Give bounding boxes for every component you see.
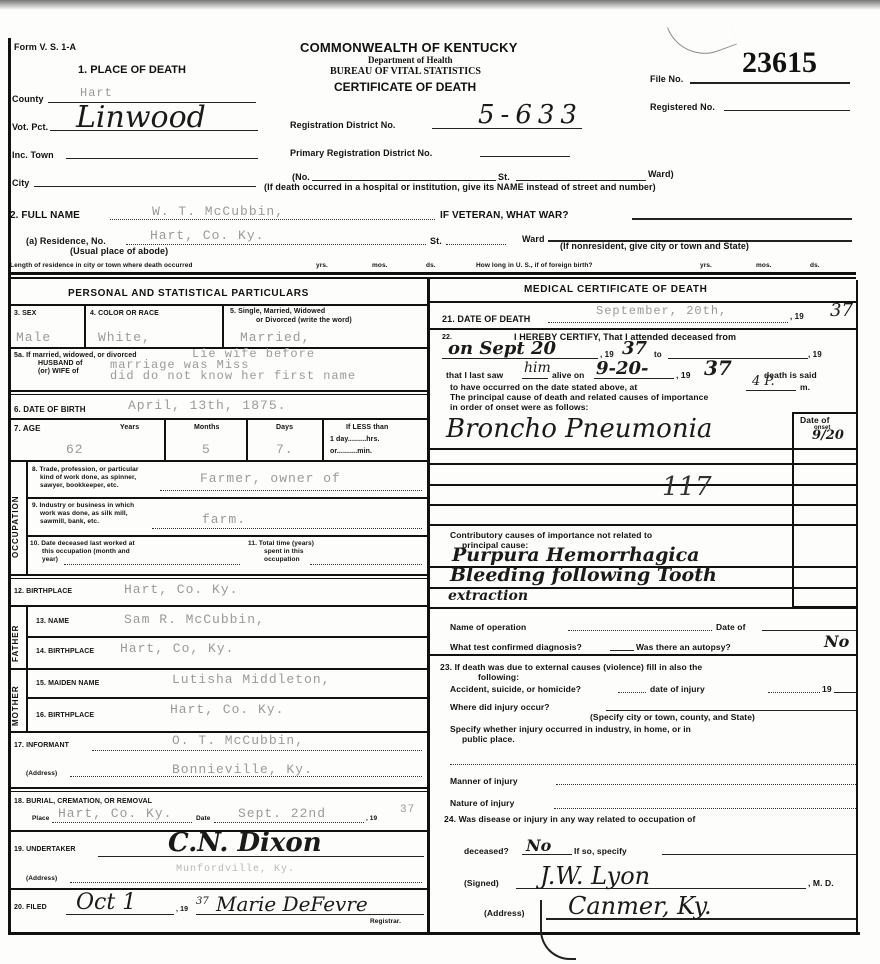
dob-value: April, 13th, 1875.	[128, 398, 286, 413]
undertaker-address-value: Munfordville, Ky.	[176, 864, 295, 875]
city-line	[34, 186, 256, 187]
nonresident-note: (If nonresident, give city or town and S…	[560, 241, 749, 251]
residence-ward-label: Ward	[522, 234, 545, 244]
alive-year-value: 37	[704, 356, 732, 380]
where-injury-label: Where did injury occur?	[450, 702, 550, 712]
file-no-line	[690, 82, 850, 84]
vot-pct-label: Vot. Pct.	[12, 122, 48, 132]
cell-divider	[322, 420, 324, 460]
length-ds: ds.	[426, 262, 436, 269]
filed-date-value: Oct 1	[76, 890, 136, 915]
full-name-label: 2. FULL NAME	[10, 210, 80, 221]
autopsy-value: No	[824, 632, 849, 651]
usual-abode-note: (Usual place of abode)	[70, 246, 168, 256]
last-worked-label-2: this occupation (month and	[42, 548, 130, 555]
father-side-label: FATHER	[11, 612, 20, 662]
trade-label-1: 8. Trade, profession, or particular	[32, 466, 138, 473]
registration-district-value: 5-633	[478, 100, 583, 130]
us-yrs: yrs.	[700, 262, 712, 269]
residence-line	[126, 244, 426, 245]
marital-value: Married,	[240, 330, 310, 345]
external-label-2: following:	[478, 672, 519, 682]
alive-on-label: alive on	[552, 370, 584, 380]
registrar-signature: Marie DeFevre	[216, 892, 368, 916]
attended-to-label: to	[654, 350, 662, 359]
row-rule	[8, 418, 428, 420]
burial-date-line	[214, 822, 364, 823]
specify-whether-2: public place.	[462, 734, 515, 744]
primary-registration-label: Primary Registration District No.	[290, 148, 432, 158]
check-mark-icon	[667, 7, 737, 65]
informant-address-value: Bonnieville, Ky.	[172, 762, 313, 777]
city-label: City	[12, 178, 29, 188]
length-mos: mos.	[372, 262, 388, 269]
marital-label-1: 5. Single, Married, Widowed	[230, 308, 325, 315]
industry-label-2: work was done, as silk mill,	[40, 510, 128, 517]
occurred-text: to have occurred on the date stated abov…	[450, 382, 637, 392]
external-label-1: 23. If death was due to external causes …	[440, 662, 702, 672]
specify-whether-line	[450, 764, 856, 765]
injury-date-line	[768, 692, 820, 693]
date-of-onset-label-1: Date of	[800, 415, 830, 425]
if-so-line	[662, 854, 856, 855]
occupation-related-label: 24. Was disease or injury in any way rel…	[444, 814, 695, 824]
date-of-death-value: September, 20th,	[596, 304, 727, 318]
county-value: Hart	[80, 86, 113, 100]
contributory-2: Bleeding following Tooth	[450, 564, 717, 586]
sex-value: Male	[16, 330, 51, 345]
residence-st-line	[446, 244, 506, 245]
how-long-us-label: How long in U. S., if of foreign birth?	[476, 262, 593, 269]
industry-label-1: 9. Industry or business in which	[32, 502, 134, 509]
veteran-line	[632, 218, 852, 220]
street-no-line	[312, 180, 496, 181]
bureau: BUREAU OF VITAL STATISTICS	[330, 66, 481, 77]
injury-year-line	[834, 692, 856, 693]
undertaker-value: C.N. Dixon	[168, 828, 322, 858]
inc-town-label: Inc. Town	[12, 150, 54, 160]
physician-address-label: (Address)	[484, 908, 525, 918]
registered-no-line	[724, 110, 850, 111]
manner-label: Manner of injury	[450, 776, 518, 786]
contributory-label-1: Contributory causes of importance not re…	[450, 530, 652, 540]
registered-no-label: Registered No.	[650, 102, 715, 112]
full-name-value: W. T. McCubbin,	[152, 204, 284, 219]
total-time-line	[310, 564, 422, 565]
specify-city-note: (Specify city or town, county, and State…	[590, 712, 755, 722]
row-rule	[8, 394, 428, 395]
alive-on-value: 9-20-	[596, 358, 649, 379]
scan-edge-shadow	[0, 0, 880, 10]
full-name-line	[110, 219, 435, 220]
injury-date-label: date of injury	[650, 684, 705, 694]
row-rule	[8, 787, 428, 789]
operation-label: Name of operation	[450, 622, 526, 632]
department: Department of Health	[368, 55, 452, 65]
header-divider-2	[8, 277, 856, 279]
time-line	[746, 390, 796, 391]
place-of-death-title: 1. PLACE OF DEATH	[78, 64, 186, 76]
mother-birthplace-label: 16. BIRTHPLACE	[36, 712, 94, 719]
inc-town-line	[66, 158, 258, 159]
attended-to-line	[668, 358, 808, 359]
deceased-label: deceased?	[464, 846, 509, 856]
contributory-1: Purpura Hemorrhagica	[452, 544, 700, 566]
row-rule	[28, 535, 428, 537]
age-days-label: Days	[276, 424, 293, 431]
occupation-related-value: No	[526, 836, 551, 855]
where-injury-line	[606, 710, 856, 711]
mother-birthplace-value: Hart, Co. Ky.	[170, 702, 284, 717]
birthplace-label: 12. BIRTHPLACE	[14, 588, 72, 595]
bottom-border	[8, 932, 860, 935]
us-mos: mos.	[756, 262, 772, 269]
row-rule	[429, 654, 856, 656]
operation-date-line	[762, 630, 856, 631]
alive-year-prefix: , 19	[676, 370, 691, 380]
row-rule	[8, 390, 428, 392]
nature-label: Nature of injury	[450, 798, 514, 808]
cell-divider	[222, 306, 224, 348]
physician-signature: J.W. Lyon	[540, 862, 650, 890]
age-days-value: 7.	[276, 442, 294, 457]
street-no-label: (No.	[292, 172, 310, 182]
file-no-label: File No.	[650, 74, 683, 84]
attended-year-value: 37	[622, 338, 647, 359]
md-label: , M. D.	[808, 878, 834, 888]
manner-line	[556, 784, 856, 785]
industry-value: farm.	[202, 512, 246, 527]
registration-district-label: Registration District No.	[290, 120, 396, 130]
street-st-label: St.	[498, 172, 510, 182]
last-worked-label-1: 10. Date deceased last worked at	[30, 540, 135, 547]
father-name-value: Sam R. McCubbin,	[124, 612, 265, 627]
row-rule	[8, 791, 428, 792]
burial-label: 18. BURIAL, CREMATION, OR REMOVAL	[14, 798, 152, 805]
cell-divider	[164, 420, 166, 460]
residence-st-label: St.	[430, 236, 442, 246]
mother-side-label: MOTHER	[11, 676, 20, 726]
cause-line-1	[429, 448, 856, 450]
total-time-label-3: occupation	[264, 556, 300, 563]
attended-from-value: on Sept 20	[448, 338, 556, 359]
row-rule	[8, 668, 428, 670]
cause-line-2	[429, 463, 856, 465]
undertaker-label: 19. UNDERTAKER	[14, 846, 76, 853]
residence-label: (a) Residence, No.	[26, 236, 106, 246]
trade-line	[160, 490, 422, 491]
row-rule	[429, 328, 856, 330]
age-months-value: 5	[202, 442, 211, 457]
injury-year-label: 19	[822, 684, 832, 694]
cause-line-4	[429, 504, 856, 506]
cause-line-3	[429, 484, 856, 486]
street-ward-label: Ward)	[648, 169, 674, 179]
date-of-onset-value: 9/20	[812, 428, 844, 443]
burial-year-value: 37	[400, 804, 415, 816]
undertaker-address-line	[70, 882, 422, 883]
death-year-value: 37	[830, 300, 853, 321]
personal-section-title: PERSONAL AND STATISTICAL PARTICULARS	[68, 288, 309, 299]
informant-value: O. T. McCubbin,	[172, 733, 304, 748]
death-year-prefix: , 19	[790, 312, 804, 321]
accident-label: Accident, suicide, or homicide?	[450, 684, 581, 694]
informant-address-label: (Address)	[26, 770, 57, 777]
file-no-value: 23615	[742, 46, 817, 80]
specify-whether-1: Specify whether injury occurred in indus…	[450, 724, 691, 734]
informant-label: 17. INFORMANT	[14, 742, 69, 749]
primary-registration-line	[480, 156, 570, 157]
informant-line	[92, 750, 422, 751]
filed-year-prefix: , 19	[176, 906, 188, 913]
undertaker-address-label: (Address)	[26, 875, 57, 882]
state-title: COMMONWEALTH OF KENTUCKY	[300, 40, 518, 55]
autopsy-label: Was there an autopsy?	[636, 642, 731, 652]
test-line	[610, 650, 634, 651]
sex-label: 3. SEX	[14, 310, 36, 317]
contributory-3: extraction	[448, 588, 528, 604]
attended-to-year: , 19	[808, 350, 822, 359]
total-time-label-2: spent in this	[264, 548, 304, 555]
accident-line	[618, 692, 646, 693]
certificate-title: CERTIFICATE OF DEATH	[334, 80, 476, 94]
principal-cause-value: Broncho Pneumonia	[446, 414, 712, 444]
county-label: County	[12, 94, 44, 104]
last-saw-line	[522, 378, 548, 379]
filed-label: 20. FILED	[14, 904, 47, 911]
father-birthplace-label: 14. BIRTHPLACE	[36, 648, 94, 655]
hospital-note: (If death occurred in a hospital or inst…	[264, 182, 656, 192]
less-than-label: If LESS than	[346, 424, 388, 431]
total-time-label-1: 11. Total time (years)	[248, 540, 314, 547]
date-of-death-label: 21. DATE OF DEATH	[442, 314, 530, 324]
trade-value: Farmer, owner of	[200, 471, 341, 486]
burial-place-value: Hart, Co. Ky.	[58, 806, 172, 821]
if-so-label: If so, specify	[574, 846, 627, 856]
form-id: Form V. S. 1-A	[14, 42, 76, 52]
m-label: m.	[800, 382, 810, 392]
burial-year-prefix: , 19	[366, 815, 377, 822]
age-years-value: 62	[66, 442, 84, 457]
last-saw-label: that I last saw	[446, 370, 503, 380]
age-months-label: Months	[194, 424, 219, 431]
cause-line-5	[429, 524, 856, 526]
marital-label-2: or Divorced (write the word)	[256, 317, 352, 324]
race-label: 4. COLOR OR RACE	[90, 310, 159, 317]
date-of-death-line	[548, 322, 788, 323]
time-value: 4 P.	[752, 374, 775, 389]
father-birthplace-value: Hart, Co, Ky.	[120, 641, 234, 656]
veteran-label: IF VETERAN, WHAT WAR?	[440, 210, 569, 221]
operation-date-label: Date of	[716, 622, 746, 632]
last-worked-line	[64, 564, 240, 565]
street-st-line	[516, 180, 646, 181]
trade-label-2: kind of work done, as spinner,	[40, 474, 136, 481]
less-min-label: or..........min.	[330, 448, 372, 455]
length-yrs: yrs.	[316, 262, 328, 269]
industry-label-3: sawmill, bank, etc.	[40, 518, 99, 525]
physician-address-value: Canmer, Ky.	[568, 892, 712, 920]
last-worked-label-3: year)	[42, 556, 58, 563]
mother-maiden-label: 15. MAIDEN NAME	[36, 680, 99, 687]
margin-code: 117	[662, 472, 712, 502]
burial-date-value: Sept. 22nd	[238, 806, 326, 821]
us-ds: ds.	[810, 262, 820, 269]
burial-place-label: Place	[32, 815, 50, 822]
personal-title-rule	[8, 304, 428, 306]
vot-pct-value: Linwood	[76, 100, 206, 135]
signature-flourish	[540, 900, 576, 960]
industry-line	[152, 528, 422, 529]
test-label: What test confirmed diagnosis?	[450, 642, 582, 652]
cell-divider	[84, 306, 86, 348]
contributory-line-3	[429, 607, 856, 609]
row-rule	[28, 636, 428, 638]
row-rule	[8, 578, 428, 579]
nature-line	[554, 808, 856, 809]
spouse-line-3: did do not know her first name	[110, 369, 356, 383]
burial-date-label: Date	[196, 815, 211, 822]
row-rule	[8, 605, 428, 607]
father-name-label: 13. NAME	[36, 618, 69, 625]
mother-maiden-value: Lutisha Middleton,	[172, 672, 330, 687]
operation-line	[568, 630, 712, 631]
residence-value: Hart, Co. Ky.	[150, 228, 264, 243]
age-years-label: Years	[120, 424, 139, 431]
header-divider	[8, 272, 856, 275]
age-label: 7. AGE	[14, 424, 41, 433]
signed-label: (Signed)	[464, 878, 499, 888]
row-rule	[28, 497, 428, 499]
dob-label: 6. DATE OF BIRTH	[14, 405, 86, 414]
occupation-side-label: OCCUPATION	[11, 478, 20, 558]
filed-year-value: 37	[196, 896, 209, 907]
less-hrs-label: 1 day.........hrs.	[330, 436, 380, 443]
principal-cause-text-1: The principal cause of death and related…	[450, 392, 708, 402]
burial-place-line	[52, 822, 192, 823]
medical-section-title: MEDICAL CERTIFICATE OF DEATH	[524, 284, 707, 295]
spouse-label-2: HUSBAND of	[38, 360, 83, 367]
trade-label-3: sawyer, bookkeeper, etc.	[40, 482, 119, 489]
row-rule	[8, 888, 428, 890]
principal-cause-text-2: in order of onset were as follows:	[450, 402, 588, 412]
length-residence-label: Length of residence in city or town wher…	[10, 262, 193, 269]
cell-divider	[246, 420, 248, 460]
row-rule	[8, 574, 428, 576]
row-rule	[8, 460, 428, 462]
medical-title-rule	[429, 301, 856, 303]
occupation-side-rule	[26, 462, 28, 574]
last-saw-value: him	[524, 360, 551, 376]
spouse-label-3: (or) WIFE of	[38, 368, 79, 375]
row-rule	[28, 697, 428, 699]
birthplace-value: Hart, Co. Ky.	[124, 582, 238, 597]
right-border	[856, 280, 858, 934]
race-value: White,	[98, 330, 151, 345]
registrar-label: Registrar.	[370, 918, 401, 925]
